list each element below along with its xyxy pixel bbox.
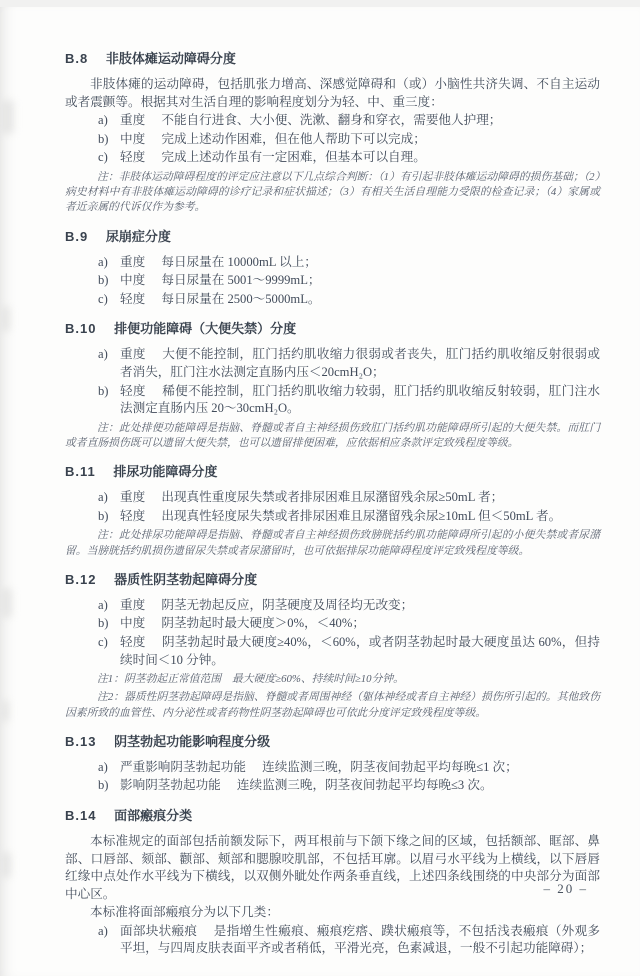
- item-text: 连续监测三晚，阴茎夜间勃起平均每晚≤1 次；: [262, 760, 518, 774]
- section-title: 阴茎勃起功能影响程度分级: [114, 734, 270, 749]
- item-text: 阴茎勃起时最大硬度＞0%，＜40%；: [161, 616, 365, 630]
- list-item: a) 面部块状瘢痕 是指增生性瘢痕、瘢痕疙瘩、蹼状瘢痕等，不包括浅表瘢痕（外观多…: [65, 923, 600, 958]
- section-heading: B.13 阴茎勃起功能影响程度分级: [65, 734, 600, 750]
- item-term: 重度: [120, 255, 145, 269]
- item-label: a): [98, 759, 108, 777]
- note: 注：此处排尿功能障碍是指脑、脊髓或者自主神经损伤致膀胱括约肌功能障碍所引起的小便…: [65, 528, 600, 558]
- section-title: 器质性阴茎勃起障碍分度: [114, 572, 257, 587]
- section-b11: B.11 排尿功能障碍分度 a) 重度 出现真性重度尿失禁或者排尿困难且尿潴留残…: [65, 464, 600, 559]
- item-text: 阴茎无勃起反应，阴茎硬度及周径均无改变；: [161, 598, 413, 612]
- item-term: 重度: [120, 598, 145, 612]
- section-title: 面部瘢痕分类: [114, 808, 192, 823]
- item-text: 出现真性轻度尿失禁或者排尿困难且尿潴留残余尿≥10mL 但＜50mL 者。: [161, 509, 561, 523]
- page-number: – 20 –: [544, 881, 589, 897]
- list-item: a) 重度 阴茎无勃起反应，阴茎硬度及周径均无改变；: [65, 597, 600, 615]
- section-b13: B.13 阴茎勃起功能影响程度分级 a) 严重影响阴茎勃起功能 连续监测三晚，阴…: [65, 734, 600, 795]
- section-heading: B.14 面部瘢痕分类: [65, 808, 600, 824]
- item-text: 不能自行进食、大小便、洗漱、翻身和穿衣，需要他人护理；: [161, 113, 501, 127]
- item-term: 中度: [120, 273, 145, 287]
- section-title: 非肢体瘫运动障碍分度: [106, 51, 236, 66]
- note: 注2：器质性阴茎勃起障碍是指脑、脊髓或者周围神经（躯体神经或者自主神经）损伤所引…: [65, 690, 600, 720]
- scan-smudge: [0, 588, 12, 618]
- item-text: 每日尿量在 2500～5000mL。: [161, 292, 320, 306]
- section-id: B.14: [65, 808, 96, 823]
- item-label: a): [98, 597, 108, 615]
- item-term: 轻度: [120, 384, 146, 398]
- section-b8: B.8 非肢体瘫运动障碍分度 非肢体瘫的运动障碍，包括肌张力增高、深感觉障碍和（…: [65, 51, 600, 216]
- section-b9: B.9 尿崩症分度 a) 重度 每日尿量在 10000mL 以上； b) 中度 …: [65, 229, 600, 309]
- section-title: 排便功能障碍（大便失禁）分度: [114, 321, 296, 336]
- item-label: c): [98, 149, 108, 167]
- list-item: b) 中度 阴茎勃起时最大硬度＞0%，＜40%；: [65, 615, 600, 633]
- list-item: a) 重度 大便不能控制，肛门括约肌收缩力很弱或者丧失，肛门括约肌收缩反射很弱或…: [65, 346, 600, 381]
- item-label: c): [98, 634, 108, 652]
- list-item: c) 轻度 阴茎勃起时最大硬度≥40%，＜60%，或者阴茎勃起时最大硬度虽达 6…: [65, 634, 600, 669]
- item-term: 轻度: [120, 150, 145, 164]
- page-content: B.8 非肢体瘫运动障碍分度 非肢体瘫的运动障碍，包括肌张力增高、深感觉障碍和（…: [65, 38, 600, 960]
- list-item: b) 中度 每日尿量在 5001～9999mL；: [65, 272, 600, 290]
- note: 注：非肢体运动障碍程度的评定应注意以下几点综合判断：（1）有引起非肢体瘫运动障碍…: [65, 170, 600, 216]
- note: 注：此处排便功能障碍是指脑、脊髓或者自主神经损伤致肛门括约肌功能障碍所引起的大便…: [65, 421, 600, 451]
- item-text: 大便不能控制，肛门括约肌收缩力很弱或者丧失，肛门括约肌收缩反射很弱或者消失，肛门…: [120, 347, 600, 379]
- section-id: B.12: [65, 572, 96, 587]
- item-term: 影响阴茎勃起功能: [120, 778, 221, 792]
- section-heading: B.9 尿崩症分度: [65, 229, 600, 245]
- scan-smudge: [0, 852, 11, 878]
- section-title: 尿崩症分度: [106, 229, 171, 244]
- item-term: 轻度: [120, 292, 145, 306]
- scan-smudge: [0, 100, 14, 134]
- item-label: a): [98, 112, 108, 130]
- section-id: B.9: [65, 229, 88, 244]
- section-title: 排尿功能障碍分度: [113, 464, 217, 479]
- item-text: 出现真性重度尿失禁或者排尿困难且尿潴留残余尿≥50mL 者；: [161, 490, 503, 504]
- item-term: 中度: [120, 616, 145, 630]
- item-label: a): [98, 254, 108, 272]
- item-term: 严重影响阴茎勃起功能: [120, 760, 246, 774]
- section-heading: B.12 器质性阴茎勃起障碍分度: [65, 572, 600, 588]
- list-item: a) 重度 出现真性重度尿失禁或者排尿困难且尿潴留残余尿≥50mL 者；: [65, 489, 600, 507]
- item-label: a): [98, 923, 108, 941]
- list-item: a) 重度 每日尿量在 10000mL 以上；: [65, 254, 600, 272]
- item-label: b): [98, 777, 109, 795]
- item-text: 完成上述动作困难，但在他人帮助下可以完成；: [161, 132, 425, 146]
- section-b12: B.12 器质性阴茎勃起障碍分度 a) 重度 阴茎无勃起反应，阴茎硬度及周径均无…: [65, 572, 600, 721]
- item-label: b): [98, 383, 109, 401]
- note: 注1：阴茎勃起正常值范围 最大硬度≥60%、持续时间≥10分钟。: [65, 672, 600, 687]
- item-label: c): [98, 291, 108, 309]
- item-term: 重度: [120, 113, 145, 127]
- item-term: 重度: [120, 347, 146, 361]
- item-text: 每日尿量在 5001～9999mL；: [161, 273, 320, 287]
- item-term: 中度: [120, 132, 145, 146]
- document-page: B.8 非肢体瘫运动障碍分度 非肢体瘫的运动障碍，包括肌张力增高、深感觉障碍和（…: [0, 0, 640, 976]
- section-id: B.8: [65, 51, 88, 66]
- list-item: b) 影响阴茎勃起功能 连续监测三晚，阴茎夜间勃起平均每晚≤3 次。: [65, 777, 600, 795]
- item-term: 重度: [120, 490, 145, 504]
- list-item: c) 轻度 完成上述动作虽有一定困难，但基本可以自理。: [65, 149, 600, 167]
- list-item: b) 中度 完成上述动作困难，但在他人帮助下可以完成；: [65, 131, 600, 149]
- section-heading: B.11 排尿功能障碍分度: [65, 464, 600, 480]
- paragraph: 本标准规定的面部包括前额发际下，两耳根前与下颌下缘之间的区域，包括额部、眶部、鼻…: [65, 833, 600, 903]
- list-item: c) 轻度 每日尿量在 2500～5000mL。: [65, 291, 600, 309]
- section-heading: B.10 排便功能障碍（大便失禁）分度: [65, 321, 600, 337]
- list-item: b) 轻度 出现真性轻度尿失禁或者排尿困难且尿潴留残余尿≥10mL 但＜50mL…: [65, 508, 600, 526]
- list-item: a) 重度 不能自行进食、大小便、洗漱、翻身和穿衣，需要他人护理；: [65, 112, 600, 130]
- item-label: a): [98, 346, 108, 364]
- item-label: b): [98, 508, 109, 526]
- item-term: 轻度: [120, 635, 146, 649]
- item-label: b): [98, 615, 109, 633]
- list-item: b) 轻度 稀便不能控制，肛门括约肌收缩力较弱，肛门括约肌收缩反射较弱，肛门注水…: [65, 383, 600, 418]
- item-text: 连续监测三晚，阴茎夜间勃起平均每晚≤3 次。: [237, 778, 493, 792]
- paragraph: 非肢体瘫的运动障碍，包括肌张力增高、深感觉障碍和（或）小脑性共济失调、不自主运动…: [65, 76, 600, 111]
- item-label: b): [98, 131, 109, 149]
- section-id: B.13: [65, 734, 96, 749]
- scan-smudge: [0, 700, 9, 722]
- item-text: 阴茎勃起时最大硬度≥40%，＜60%，或者阴茎勃起时最大硬度虽达 60%，但持续…: [120, 635, 600, 667]
- item-text: 稀便不能控制，肛门括约肌收缩力较弱，肛门括约肌收缩反射较弱，肛门注水法测定直肠内…: [120, 384, 600, 416]
- item-text: 每日尿量在 10000mL 以上；: [161, 255, 317, 269]
- item-label: a): [98, 489, 108, 507]
- section-heading: B.8 非肢体瘫运动障碍分度: [65, 51, 600, 67]
- section-id: B.11: [65, 464, 96, 479]
- item-text: 完成上述动作虽有一定困难，但基本可以自理。: [161, 150, 425, 164]
- scan-smudge: [0, 306, 10, 332]
- item-term: 面部块状瘢痕: [120, 924, 197, 938]
- item-label: b): [98, 272, 109, 290]
- section-b10: B.10 排便功能障碍（大便失禁）分度 a) 重度 大便不能控制，肛门括约肌收缩…: [65, 321, 600, 451]
- item-term: 轻度: [120, 509, 145, 523]
- section-b14: B.14 面部瘢痕分类 本标准规定的面部包括前额发际下，两耳根前与下颌下缘之间的…: [65, 808, 600, 958]
- paragraph: 本标准将面部瘢痕分为以下几类：: [65, 904, 600, 922]
- list-item: a) 严重影响阴茎勃起功能 连续监测三晚，阴茎夜间勃起平均每晚≤1 次；: [65, 759, 600, 777]
- section-id: B.10: [65, 321, 96, 336]
- scan-edge-top: [0, 0, 640, 7]
